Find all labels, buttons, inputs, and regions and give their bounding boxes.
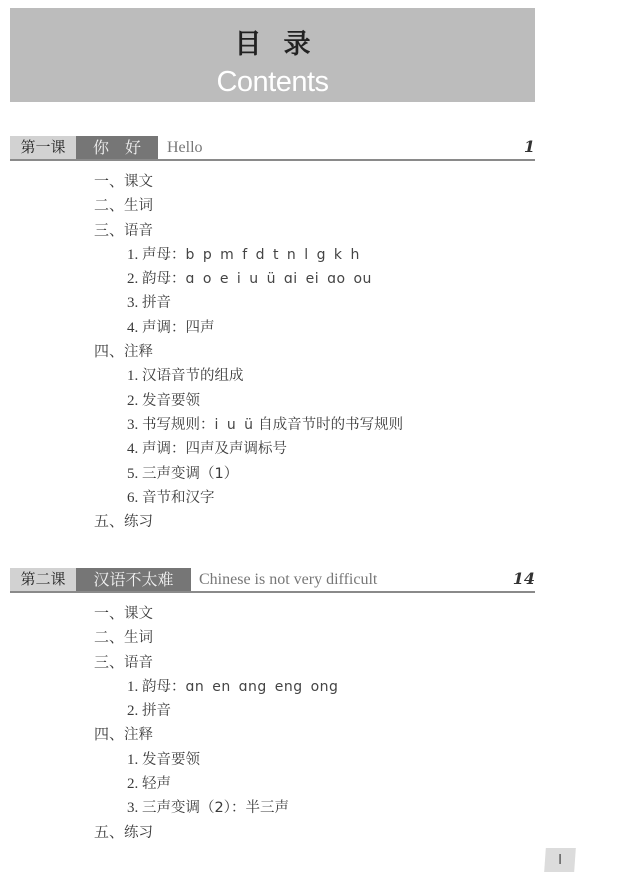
lesson-heading-2[interactable]: 第二课 汉语不太难 Chinese is not very difficult …: [10, 568, 535, 592]
toc-item[interactable]: 三、语音: [94, 651, 338, 675]
lesson-number-label: 第一课: [10, 136, 76, 159]
toc-item[interactable]: 五、练习: [94, 821, 338, 845]
toc-item[interactable]: 二、生词: [94, 194, 403, 218]
page-folio: I: [544, 848, 576, 872]
toc-item[interactable]: 二、生词: [94, 626, 338, 650]
lesson-title-zh: 汉语不太难: [76, 568, 191, 591]
toc-subitem[interactable]: 4. 声调：四声及声调标号: [94, 437, 403, 461]
toc-subitem[interactable]: 3. 书写规则：i u ü 自成音节时的书写规则: [94, 413, 403, 437]
lesson-page-number: 14: [513, 568, 535, 590]
toc-subitem[interactable]: 6. 音节和汉字: [94, 486, 403, 510]
lesson-number-label: 第二课: [10, 568, 76, 591]
toc-item[interactable]: 三、语音: [94, 219, 403, 243]
page-title-zh: 目录: [10, 22, 535, 61]
heading-rule: [10, 159, 535, 161]
toc-item[interactable]: 四、注释: [94, 723, 338, 747]
toc-subitem[interactable]: 4. 声调：四声: [94, 316, 403, 340]
lesson-page-number: 1: [524, 136, 535, 158]
lesson-1-toc: 一、课文 二、生词 三、语音 1. 声母：b p m f d t n l g k…: [94, 170, 403, 534]
toc-subitem[interactable]: 2. 韵母：ɑ o e i u ü ɑi ei ɑo ou: [94, 267, 403, 291]
toc-subitem[interactable]: 1. 韵母：ɑn en ɑng eng ong: [94, 675, 338, 699]
lesson-heading-1[interactable]: 第一课 你 好 Hello 1: [10, 136, 535, 160]
toc-subitem[interactable]: 1. 汉语音节的组成: [94, 364, 403, 388]
toc-subitem[interactable]: 2. 发音要领: [94, 389, 403, 413]
page-title-en: Contents: [10, 66, 535, 99]
lesson-title-en: Chinese is not very difficult: [199, 570, 377, 590]
lesson-title-zh: 你 好: [76, 136, 158, 159]
toc-subitem[interactable]: 1. 声母：b p m f d t n l g k h: [94, 243, 403, 267]
toc-subitem[interactable]: 3. 拼音: [94, 291, 403, 315]
toc-item[interactable]: 一、课文: [94, 170, 403, 194]
toc-subitem[interactable]: 2. 轻声: [94, 772, 338, 796]
toc-item[interactable]: 四、注释: [94, 340, 403, 364]
toc-item[interactable]: 一、课文: [94, 602, 338, 626]
heading-rule: [10, 591, 535, 593]
toc-item[interactable]: 五、练习: [94, 510, 403, 534]
folio-number: I: [558, 848, 562, 872]
toc-subitem[interactable]: 2. 拼音: [94, 699, 338, 723]
lesson-2-toc: 一、课文 二、生词 三、语音 1. 韵母：ɑn en ɑng eng ong 2…: [94, 602, 338, 845]
contents-banner: 目录 Contents: [10, 8, 535, 102]
toc-subitem[interactable]: 3. 三声变调（2）：半三声: [94, 796, 338, 820]
lesson-title-en: Hello: [167, 138, 203, 158]
toc-subitem[interactable]: 5. 三声变调（1）: [94, 462, 403, 486]
toc-subitem[interactable]: 1. 发音要领: [94, 748, 338, 772]
